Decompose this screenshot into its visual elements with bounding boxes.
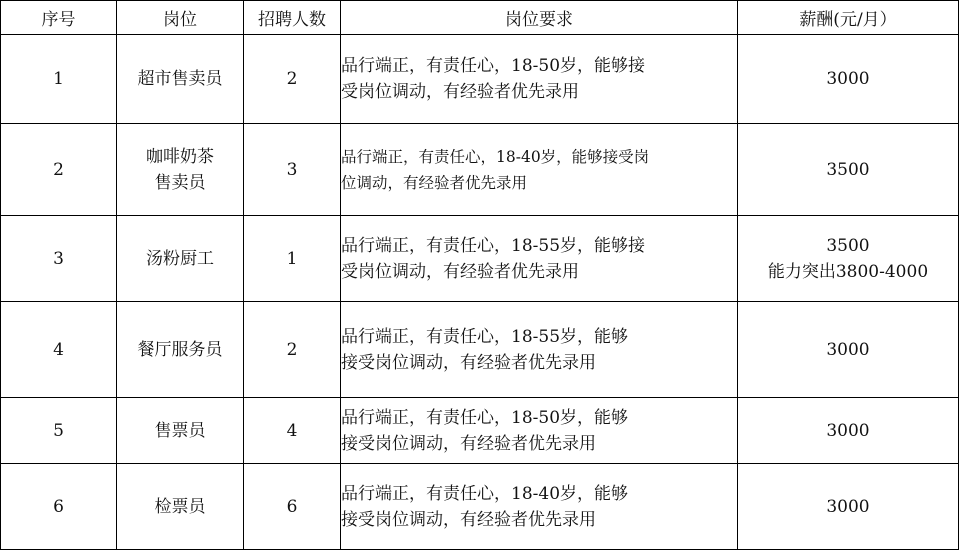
row-no: 5 xyxy=(1,398,117,464)
requirement-line: 接受岗位调动，有经验者优先录用 xyxy=(341,431,737,457)
row-salary: 3500 xyxy=(738,124,959,216)
requirement-line: 品行端正，有责任心，18-40岁，能够 xyxy=(341,481,737,507)
salary-line: 3000 xyxy=(738,418,958,444)
row-position: 餐厅服务员 xyxy=(117,302,244,398)
row-position: 检票员 xyxy=(117,464,244,550)
position-line: 超市售卖员 xyxy=(117,66,243,92)
position-line: 餐厅服务员 xyxy=(117,337,243,363)
salary-line: 3000 xyxy=(738,337,958,363)
requirement-line: 品行端正，有责任心，18-55岁，能够 xyxy=(341,324,737,350)
row-position: 超市售卖员 xyxy=(117,35,244,124)
row-salary: 3500 能力突出3800-4000 xyxy=(738,216,959,302)
row-count: 3 xyxy=(244,124,341,216)
table-row: 4 餐厅服务员 2 品行端正，有责任心，18-55岁，能够 接受岗位调动，有经验… xyxy=(1,302,959,398)
row-position: 汤粉厨工 xyxy=(117,216,244,302)
header-position: 岗位 xyxy=(117,1,244,35)
row-count: 2 xyxy=(244,35,341,124)
salary-line: 能力突出3800-4000 xyxy=(738,259,958,285)
row-requirement: 品行端正，有责任心，18-55岁，能够 接受岗位调动，有经验者优先录用 xyxy=(341,302,738,398)
row-requirement: 品行端正，有责任心，18-50岁，能够接 受岗位调动，有经验者优先录用 xyxy=(341,35,738,124)
requirement-line: 品行端正，有责任心，18-50岁，能够接 xyxy=(341,53,737,79)
header-no: 序号 xyxy=(1,1,117,35)
table-row: 2 咖啡奶茶 售卖员 3 品行端正，有责任心，18-40岁，能够接受岗 位调动，… xyxy=(1,124,959,216)
table-row: 1 超市售卖员 2 品行端正，有责任心，18-50岁，能够接 受岗位调动，有经验… xyxy=(1,35,959,124)
row-no: 3 xyxy=(1,216,117,302)
table-row: 6 检票员 6 品行端正，有责任心，18-40岁，能够 接受岗位调动，有经验者优… xyxy=(1,464,959,550)
requirement-line: 受岗位调动，有经验者优先录用 xyxy=(341,259,737,285)
row-salary: 3000 xyxy=(738,398,959,464)
position-line: 售卖员 xyxy=(117,170,243,196)
header-count: 招聘人数 xyxy=(244,1,341,35)
row-position: 咖啡奶茶 售卖员 xyxy=(117,124,244,216)
position-line: 检票员 xyxy=(117,494,243,520)
row-salary: 3000 xyxy=(738,464,959,550)
row-position: 售票员 xyxy=(117,398,244,464)
position-line: 汤粉厨工 xyxy=(117,246,243,272)
row-requirement: 品行端正，有责任心，18-40岁，能够接受岗 位调动，有经验者优先录用 xyxy=(341,124,738,216)
row-no: 2 xyxy=(1,124,117,216)
row-requirement: 品行端正，有责任心，18-50岁，能够 接受岗位调动，有经验者优先录用 xyxy=(341,398,738,464)
table-row: 5 售票员 4 品行端正，有责任心，18-50岁，能够 接受岗位调动，有经验者优… xyxy=(1,398,959,464)
row-count: 2 xyxy=(244,302,341,398)
job-listing-table: 序号 岗位 招聘人数 岗位要求 薪酬(元/月） 1 超市售卖员 2 品行端正，有… xyxy=(0,0,959,550)
table-row: 3 汤粉厨工 1 品行端正，有责任心，18-55岁，能够接 受岗位调动，有经验者… xyxy=(1,216,959,302)
salary-line: 3000 xyxy=(738,66,958,92)
header-requirement: 岗位要求 xyxy=(341,1,738,35)
position-line: 咖啡奶茶 xyxy=(117,144,243,170)
requirement-line: 品行端正，有责任心，18-55岁，能够接 xyxy=(341,233,737,259)
row-count: 6 xyxy=(244,464,341,550)
requirement-line: 接受岗位调动，有经验者优先录用 xyxy=(341,350,737,376)
requirement-line: 接受岗位调动，有经验者优先录用 xyxy=(341,507,737,533)
header-row: 序号 岗位 招聘人数 岗位要求 薪酬(元/月） xyxy=(1,1,959,35)
header-salary: 薪酬(元/月） xyxy=(738,1,959,35)
row-requirement: 品行端正，有责任心，18-40岁，能够 接受岗位调动，有经验者优先录用 xyxy=(341,464,738,550)
salary-line: 3500 xyxy=(738,157,958,183)
row-count: 1 xyxy=(244,216,341,302)
salary-line: 3000 xyxy=(738,494,958,520)
requirement-line: 受岗位调动，有经验者优先录用 xyxy=(341,79,737,105)
row-count: 4 xyxy=(244,398,341,464)
row-salary: 3000 xyxy=(738,302,959,398)
salary-line: 3500 xyxy=(738,233,958,259)
requirement-line: 品行端正，有责任心，18-50岁，能够 xyxy=(341,405,737,431)
requirement-line: 品行端正，有责任心，18-40岁，能够接受岗 xyxy=(341,144,737,170)
row-no: 6 xyxy=(1,464,117,550)
requirement-line: 位调动，有经验者优先录用 xyxy=(341,170,737,196)
row-no: 1 xyxy=(1,35,117,124)
position-line: 售票员 xyxy=(117,418,243,444)
row-salary: 3000 xyxy=(738,35,959,124)
row-no: 4 xyxy=(1,302,117,398)
row-requirement: 品行端正，有责任心，18-55岁，能够接 受岗位调动，有经验者优先录用 xyxy=(341,216,738,302)
